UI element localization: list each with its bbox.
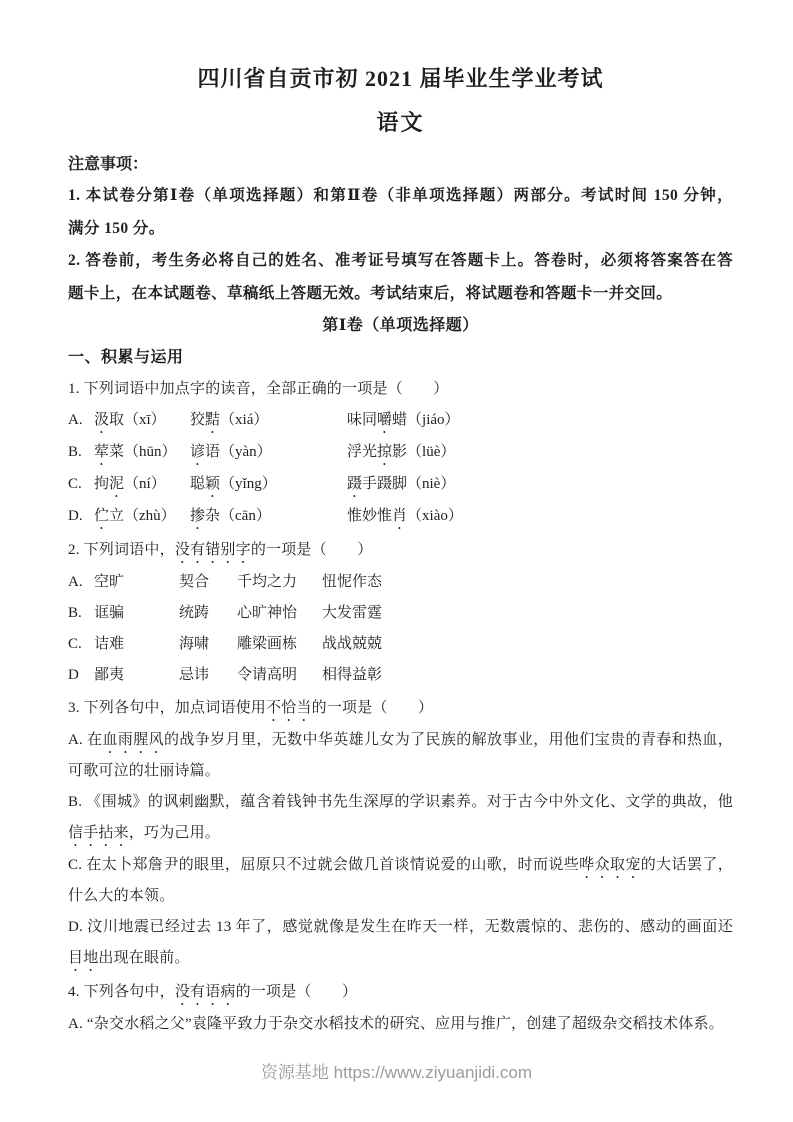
emphasized-text: 谚 xyxy=(190,444,205,460)
option-label: D xyxy=(68,660,94,691)
text-segment: 杂（cān） xyxy=(205,508,271,524)
option-line: 目地出现在眼前。 xyxy=(68,943,733,975)
text-segment: C. 在太卜郑詹尹的眼里，屈原只不过就会做几首谈情说爱的山歌，时而说些 xyxy=(68,857,579,873)
text-segment: 诘难 xyxy=(94,636,124,652)
option-item: 拘泥（ní） xyxy=(94,469,190,501)
notice-line-1: 满分 150 分。 xyxy=(68,213,733,246)
option-label: B. xyxy=(68,598,94,629)
exam-paper-page: 四川省自贡市初 2021 届毕业生学业考试 语文 注意事项： 1. 本试卷分第Ⅰ… xyxy=(0,0,793,1122)
option-item: 汲取（xī） xyxy=(94,405,190,437)
option-item: 契合 xyxy=(179,567,237,598)
option-line: 信手拈来，巧为己用。 xyxy=(68,818,733,850)
question-2: 2. 下列词语中，没有错别字的一项是（ ）A.空旷契合千均之力忸怩作态B.诓骗统… xyxy=(68,535,733,691)
option-line: C. 在太卜郑詹尹的眼里，屈原只不过就会做几首谈情说爱的山歌，时而说些哗众取宠的… xyxy=(68,850,733,881)
exam-title: 四川省自贡市初 2021 届毕业生学业考试 xyxy=(68,64,733,94)
question-1: 1. 下列词语中加点字的读音，全部正确的一项是（ ）A.汲取（xī）狡黠（xiá… xyxy=(68,374,733,533)
question-stem: 2. 下列词语中，没有错别字的一项是（ ） xyxy=(68,535,733,567)
text-segment: 空旷 xyxy=(94,574,124,590)
emphasized-text: 伫 xyxy=(94,508,109,524)
text-segment: 味同 xyxy=(347,412,377,428)
text-segment: 1. 本试卷分第Ⅰ卷（单项选择题）和第Ⅱ卷（非单项选择题）两部分。考试时间 15… xyxy=(68,187,733,204)
text-segment: 契合 xyxy=(179,574,209,590)
emphasized-text: 荤 xyxy=(94,444,109,460)
exam-subject: 语文 xyxy=(68,108,733,138)
option-line: B. 《围城》的讽刺幽默，蕴含着钱钟书先生深厚的学识素养。对于古今中外文化、文学… xyxy=(68,787,733,818)
text-segment: 的一项是（ ） xyxy=(251,542,373,558)
text-segment: D. 汶川地震已经过去 13 年了，感觉就像是发生在昨天一样，无数震惊的、悲伤的… xyxy=(68,919,733,935)
text-segment: （xiào） xyxy=(407,508,463,524)
text-segment: 1. 下列词语中加点字的读音，全部正确的一项是（ ） xyxy=(68,381,448,397)
text-segment: 出现在眼前。 xyxy=(98,950,189,966)
option-line: D. 汶川地震已经过去 13 年了，感觉就像是发生在昨天一样，无数震惊的、悲伤的… xyxy=(68,912,733,943)
emphasized-text: 没有错别字 xyxy=(175,542,251,558)
option-item: 战战兢兢 xyxy=(322,629,733,660)
text-segment: （xiá） xyxy=(220,412,268,428)
emphasized-text: 黠 xyxy=(205,412,220,428)
option-line: A. 在血雨腥风的战争岁月里，无数中华英雄儿女为了民族的解放事业，用他们宝贵的青… xyxy=(68,725,733,756)
text-segment: 统踌 xyxy=(179,605,209,621)
option-item: 浮光掠影（lüè） xyxy=(347,437,733,469)
option-item: 雕梁画栋 xyxy=(237,629,322,660)
text-segment: 战战兢兢 xyxy=(322,636,382,652)
notice-line-2: 2. 答卷前，考生务必将自己的姓名、准考证号填写在答题卡上。答卷时，必须将答案答… xyxy=(68,245,733,278)
option-item: 心旷神怡 xyxy=(237,598,322,629)
emphasized-text: 蹑 xyxy=(347,476,362,492)
option-row-C: C.拘泥（ní）聪颖（yǐng）蹑手蹑脚（niè） xyxy=(68,469,733,501)
emphasized-text: 信手拈来 xyxy=(68,825,129,841)
emphasized-text: 没有语病 xyxy=(175,984,236,1000)
text-segment: 取（xī） xyxy=(109,412,166,428)
text-segment: 惟妙惟 xyxy=(347,508,392,524)
question-stem: 4. 下列各句中，没有语病的一项是（ ） xyxy=(68,977,733,1009)
part1-heading: 一、积累与运用 xyxy=(68,342,733,374)
option-row-C: C.诘难海啸雕梁画栋战战兢兢 xyxy=(68,629,733,660)
option-label: D. xyxy=(68,501,94,533)
option-item: 聪颖（yǐng） xyxy=(190,469,347,501)
option-row-A: A.空旷契合千均之力忸怩作态 xyxy=(68,567,733,598)
emphasized-text: 血雨腥风 xyxy=(103,732,165,748)
option-label: A. xyxy=(68,567,94,598)
text-segment: A. 在 xyxy=(68,732,103,748)
text-segment: 影（lüè） xyxy=(392,444,455,460)
text-segment: 2. 答卷前，考生务必将自己的姓名、准考证号填写在答题卡上。答卷时，必须将答案答… xyxy=(68,252,733,269)
text-segment: （yǐng） xyxy=(220,476,277,492)
text-segment: 鄙夷 xyxy=(94,667,124,683)
option-item: 令请高明 xyxy=(237,660,322,691)
question-stem: 3. 下列各句中，加点词语使用不恰当的一项是（ ） xyxy=(68,693,733,725)
option-label: A. xyxy=(68,405,94,437)
option-item: 诓骗 xyxy=(94,598,179,629)
text-segment: 菜（hūn） xyxy=(109,444,177,460)
emphasized-text: 颖 xyxy=(205,476,220,492)
page-content: 四川省自贡市初 2021 届毕业生学业考试 语文 注意事项： 1. 本试卷分第Ⅰ… xyxy=(68,0,733,1040)
option-item: 狡黠（xiá） xyxy=(190,405,347,437)
option-item: 千均之力 xyxy=(237,567,322,598)
text-segment: 3. 下列各句中，加点词语使用 xyxy=(68,700,266,716)
option-row-A: A.汲取（xī）狡黠（xiá）味同嚼蜡（jiáo） xyxy=(68,405,733,437)
text-segment: 蜡（jiáo） xyxy=(392,412,460,428)
option-label: C. xyxy=(68,629,94,660)
text-segment: ，巧为己用。 xyxy=(129,825,220,841)
text-segment: 满分 150 分。 xyxy=(68,220,165,237)
text-segment: 语（yàn） xyxy=(205,444,272,460)
emphasized-text: 嚼 xyxy=(377,412,392,428)
option-item: 大发雷霆 xyxy=(322,598,733,629)
text-segment: 狡 xyxy=(190,412,205,428)
option-item: 惟妙惟肖（xiào） xyxy=(347,501,733,533)
option-row-B: B.荤菜（hūn）谚语（yàn）浮光掠影（lüè） xyxy=(68,437,733,469)
text-segment: 相得益彰 xyxy=(322,667,382,683)
text-segment: 海啸 xyxy=(179,636,209,652)
text-segment: 4. 下列各句中， xyxy=(68,984,175,1000)
text-segment: 聪 xyxy=(190,476,205,492)
option-row-D: D.伫立（zhù）掺杂（cān）惟妙惟肖（xiào） xyxy=(68,501,733,533)
option-item: 忸怩作态 xyxy=(322,567,733,598)
text-segment: 什么大的本领。 xyxy=(68,888,174,904)
text-segment: 雕梁画栋 xyxy=(237,636,297,652)
emphasized-text: 泥 xyxy=(109,476,124,492)
option-item: 掺杂（cān） xyxy=(190,501,347,533)
option-row-D: D鄙夷忌讳令请高明相得益彰 xyxy=(68,660,733,691)
text-segment: 立（zhù） xyxy=(109,508,176,524)
text-segment: B. 《围城》的讽刺幽默，蕴含着钱钟书先生深厚的学识素养。对于古今中外文化、文学… xyxy=(68,794,733,818)
option-item: 荤菜（hūn） xyxy=(94,437,190,469)
option-item: 诘难 xyxy=(94,629,179,660)
text-segment: A. “杂交水稻之父”袁隆平致力于杂交水稻技术的研究、应用与推广，创建了超级杂交… xyxy=(68,1016,724,1032)
text-segment: 诓骗 xyxy=(94,605,124,621)
text-segment: 的一项是（ ） xyxy=(312,700,434,716)
text-segment: 2. 下列词语中， xyxy=(68,542,175,558)
emphasized-text: 肖 xyxy=(392,508,407,524)
option-row-B: B.诓骗统踌心旷神怡大发雷霆 xyxy=(68,598,733,629)
question-stem: 1. 下列词语中加点字的读音，全部正确的一项是（ ） xyxy=(68,374,733,405)
watermark-footer: 资源基地 https://www.ziyuanjidi.com xyxy=(0,1058,793,1083)
emphasized-text: 汲 xyxy=(94,412,109,428)
emphasized-text: 掺 xyxy=(190,508,205,524)
option-item: 忌讳 xyxy=(179,660,237,691)
notice-line-2: 题卡上，在本试题卷、草稿纸上答题无效。考试结束后，将试题卷和答题卡一并交回。 xyxy=(68,278,733,311)
notice-section: 1. 本试卷分第Ⅰ卷（单项选择题）和第Ⅱ卷（非单项选择题）两部分。考试时间 15… xyxy=(68,180,733,310)
text-segment: 浮光 xyxy=(347,444,377,460)
option-item: 味同嚼蜡（jiáo） xyxy=(347,405,733,437)
text-segment: 千均之力 xyxy=(237,574,297,590)
question-3: 3. 下列各句中，加点词语使用不恰当的一项是（ ）A. 在血雨腥风的战争岁月里，… xyxy=(68,693,733,975)
text-segment: 忌讳 xyxy=(179,667,209,683)
emphasized-text: 目地 xyxy=(68,950,98,966)
option-item: 蹑手蹑脚（niè） xyxy=(347,469,733,501)
text-segment: 手蹑脚（niè） xyxy=(362,476,455,492)
option-item: 海啸 xyxy=(179,629,237,660)
section1-heading: 第Ⅰ卷（单项选择题） xyxy=(68,310,733,342)
notice-heading: 注意事项： xyxy=(68,150,733,180)
notice-line-1: 1. 本试卷分第Ⅰ卷（单项选择题）和第Ⅱ卷（非单项选择题）两部分。考试时间 15… xyxy=(68,180,733,213)
option-item: 空旷 xyxy=(94,567,179,598)
text-segment: 的一项是（ ） xyxy=(236,984,358,1000)
option-item: 谚语（yàn） xyxy=(190,437,347,469)
option-line: 可歌可泣的壮丽诗篇。 xyxy=(68,756,733,787)
question-4: 4. 下列各句中，没有语病的一项是（ ）A. “杂交水稻之父”袁隆平致力于杂交水… xyxy=(68,977,733,1040)
text-segment: （ní） xyxy=(124,476,166,492)
text-segment: 忸怩作态 xyxy=(322,574,382,590)
text-segment: 拘 xyxy=(94,476,109,492)
questions-section: 1. 下列词语中加点字的读音，全部正确的一项是（ ）A.汲取（xī）狡黠（xiá… xyxy=(68,374,733,1040)
text-segment: 大发雷霆 xyxy=(322,605,382,621)
option-line: 什么大的本领。 xyxy=(68,881,733,912)
option-item: 相得益彰 xyxy=(322,660,733,691)
text-segment: 心旷神怡 xyxy=(237,605,297,621)
emphasized-text: 掠 xyxy=(377,444,392,460)
option-item: 统踌 xyxy=(179,598,237,629)
text-segment: 可歌可泣的壮丽诗篇。 xyxy=(68,763,220,779)
emphasized-text: 哗众取宠 xyxy=(579,857,641,873)
option-line: A. “杂交水稻之父”袁隆平致力于杂交水稻技术的研究、应用与推广，创建了超级杂交… xyxy=(68,1009,733,1040)
text-segment: 题卡上，在本试题卷、草稿纸上答题无效。考试结束后，将试题卷和答题卡一并交回。 xyxy=(68,285,672,302)
option-item: 鄙夷 xyxy=(94,660,179,691)
option-label: B. xyxy=(68,437,94,469)
text-segment: 令请高明 xyxy=(237,667,297,683)
emphasized-text: 不恰当 xyxy=(266,700,312,716)
text-segment: 的战争岁月里，无数中华英雄儿女为了民族的解放事业，用他们宝贵的青春和热血，谱写了 xyxy=(68,732,733,756)
option-label: C. xyxy=(68,469,94,501)
option-item: 伫立（zhù） xyxy=(94,501,190,533)
